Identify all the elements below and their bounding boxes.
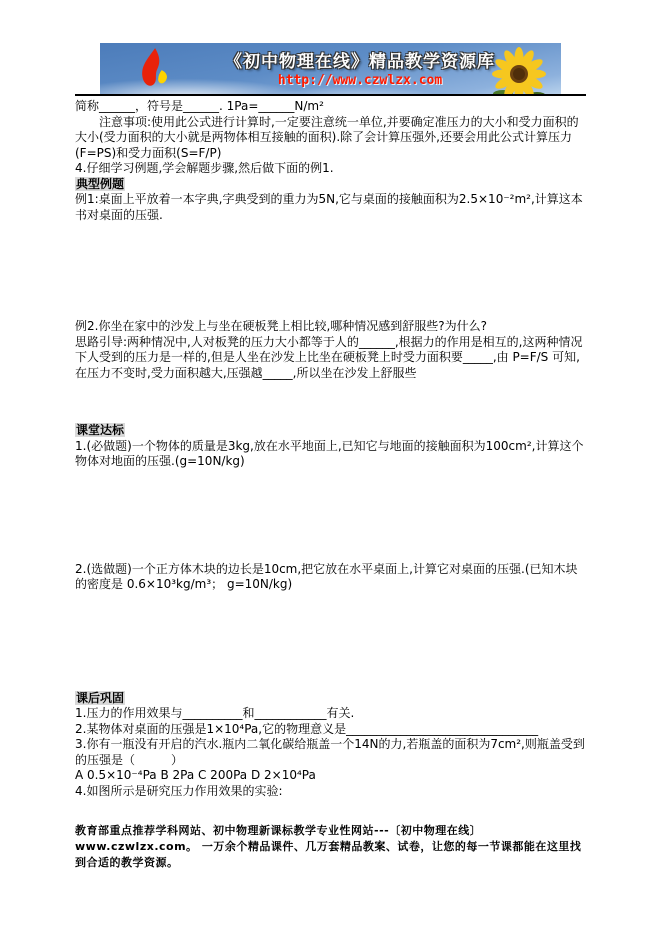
section-heading-homework: 课后巩固: [75, 691, 586, 707]
formula-fill-line: 简称______，符号是______. 1Pa=______N/m²: [75, 99, 586, 115]
example-1: 例1:桌面上平放着一本字典,字典受到的重力为5N,它与桌面的接触面积为2.5×1…: [75, 192, 586, 223]
homework-q4: 4.如图所示是研究压力作用效果的实验:: [75, 784, 586, 800]
banner-text-block: 《初中物理在线》精品教学资源库 http://www.czwlzx.com: [210, 47, 510, 88]
class-test-q1: 1.(必做题)一个物体的质量是3kg,放在水平地面上,已知它与地面的接触面积为1…: [75, 439, 586, 470]
example-2-guide: 思路引导:两种情况中,人对板凳的压力大小都等于人的______,根据力的作用是相…: [75, 335, 586, 382]
notes-paragraph: 注意事项:使用此公式进行计算时,一定要注意统一单位,并要确定准压力的大小和受力面…: [75, 115, 586, 162]
blank-space: [75, 799, 586, 823]
heading-text: 典型例题: [75, 177, 125, 191]
blank-work-space: [75, 593, 586, 691]
blank-work-space: [75, 470, 586, 562]
site-footer-note: 教育部重点推荐学科网站、初中物理新课标教学专业性网站---〔初中物理在线〕www…: [75, 823, 586, 871]
section-heading-class-test: 课堂达标: [75, 423, 586, 439]
heading-text: 课堂达标: [75, 423, 125, 437]
blank-space: [75, 381, 586, 423]
blank-work-space: [75, 223, 586, 319]
homework-q1: 1.压力的作用效果与__________和____________有关.: [75, 706, 586, 722]
section-heading-typical-examples: 典型例题: [75, 177, 586, 193]
class-test-q2: 2.(选做题)一个正方体木块的边长是10cm,把它放在水平桌面上,计算它对桌面的…: [75, 562, 586, 593]
heading-text: 课后巩固: [75, 691, 125, 705]
worksheet-page: 《初中物理在线》精品教学资源库 http://www.czwlzx.com: [75, 0, 586, 871]
sunflower-icon: [481, 46, 553, 94]
site-url: http://www.czwlzx.com: [210, 73, 510, 88]
site-title: 《初中物理在线》精品教学资源库: [210, 47, 510, 72]
homework-q2: 2.某物体对桌面的压强是1×10⁴Pa,它的物理意义是_____________…: [75, 722, 586, 738]
homework-q3-options: A 0.5×10⁻⁴Pa B 2Pa C 200Pa D 2×10⁴Pa: [75, 768, 586, 784]
flame-logo-icon: [132, 47, 176, 91]
study-step-4: 4.仔细学习例题,学会解题步骤,然后做下面的例1.: [75, 161, 586, 177]
example-2: 例2.你坐在家中的沙发上与坐在硬板凳上相比较,哪种情况感到舒服些?为什么?: [75, 319, 586, 335]
homework-q3: 3.你有一瓶没有开启的汽水.瓶内二氧化碳给瓶盖一个14N的力,若瓶盖的面积为7c…: [75, 737, 586, 768]
document-body: 简称______，符号是______. 1Pa=______N/m² 注意事项:…: [75, 96, 586, 871]
site-banner: 《初中物理在线》精品教学资源库 http://www.czwlzx.com: [100, 43, 561, 94]
header: 《初中物理在线》精品教学资源库 http://www.czwlzx.com: [75, 0, 586, 96]
